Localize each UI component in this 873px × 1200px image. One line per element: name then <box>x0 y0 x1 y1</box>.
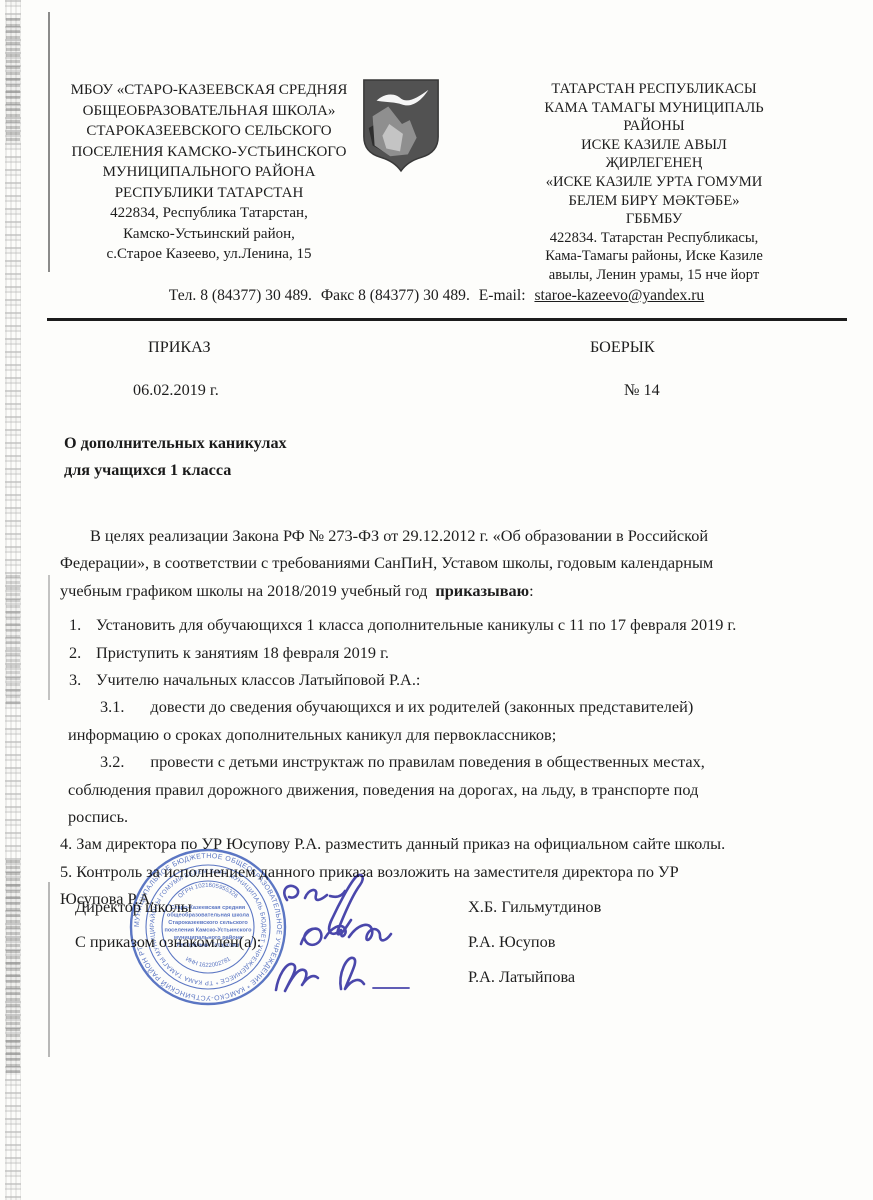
org-line: РАЙОНЫ <box>490 117 818 136</box>
org-line: ПОСЕЛЕНИЯ КАМСКО-УСТЬИНСКОГО <box>55 142 363 163</box>
scan-artifact-smudge <box>6 18 20 143</box>
header-divider <box>47 318 847 321</box>
svg-text:ИНН 1622002781: ИНН 1622002781 <box>184 956 232 969</box>
signature-ink-latypova <box>340 958 364 989</box>
org-line: РЕСПУБЛИКИ ТАТАРСТАН <box>55 183 363 204</box>
item-number: 1. <box>69 611 96 638</box>
subitem-number: 3.1. <box>100 697 124 716</box>
preamble-line: Федерации», в соответствии с требованиям… <box>60 549 812 576</box>
org-line: ИСКЕ КАЗИЛЕ АВЫЛ <box>490 136 818 155</box>
stamp-center-line: общеобразовательная школа <box>167 912 250 919</box>
subitem-number: 3.2. <box>100 752 124 771</box>
subitem-text: провести с детьми инструктаж по правилам… <box>150 752 704 771</box>
stamp-center-line: Республики Татарстан <box>177 942 239 949</box>
order-subitem-3-1: 3.1.довести до сведения обучающихся и их… <box>60 693 812 748</box>
stamp-ogrn: ОГРН 1021605955326 <box>177 883 239 900</box>
org-address-line: 422834, Республика Татарстан, <box>55 203 363 224</box>
email-label: E-mail: <box>479 287 526 304</box>
item-text: Приступить к занятиям 18 февраля 2019 г. <box>96 639 389 666</box>
subitem-text: информацию о сроках дополнительных каник… <box>60 721 812 748</box>
signer-name: Р.А. Юсупов <box>468 932 555 952</box>
signer-name: Х.Б. Гильмутдинов <box>468 897 601 917</box>
order-verb: приказываю <box>435 581 529 600</box>
phone-number: Тел. 8 (84377) 30 489. <box>169 287 312 304</box>
org-line: МУНИЦИПАЛЬНОГО РАЙОНА <box>55 162 363 183</box>
preamble-text: учебным графиком школы на 2018/2019 учеб… <box>60 581 427 600</box>
subject-line: для учащихся 1 класса <box>64 457 564 484</box>
email-address: staroe-kazeevo@yandex.ru <box>534 287 704 304</box>
org-address-line: авылы, Ленин урамы, 15 нче йорт <box>490 266 818 285</box>
coat-of-arms <box>357 77 445 175</box>
subitem-text: соблюдения правил дорожного движения, по… <box>60 776 812 803</box>
scan-artifact-smudge <box>6 575 20 705</box>
order-date: 06.02.2019 г. <box>133 381 219 400</box>
preamble-line: учебным графиком школы на 2018/2019 учеб… <box>60 577 812 604</box>
item-number: 2. <box>69 639 96 666</box>
org-line: БЕЛЕМ БИРҮ МӘКТӘБЕ» <box>490 192 818 211</box>
item-number: 3. <box>69 666 96 693</box>
org-line: СТАРОКАЗЕЕВСКОГО СЕЛЬСКОГО <box>55 121 363 142</box>
scanned-order-document: МБОУ «СТАРО-КАЗЕЕВСКАЯ СРЕДНЯЯ ОБЩЕОБРАЗ… <box>0 0 873 1200</box>
colon: : <box>529 581 534 600</box>
signer-name: Р.А. Латыйпова <box>468 967 575 987</box>
subitem-text: довести до сведения обучающихся и их род… <box>150 697 693 716</box>
item-text: Установить для обучающихся 1 класса допо… <box>96 611 736 638</box>
org-line: ОБЩЕОБРАЗОВАТЕЛЬНАЯ ШКОЛА» <box>55 101 363 122</box>
org-address-line: 422834. Татарстан Республикасы, <box>490 229 818 248</box>
scan-artifact-smudge <box>6 860 20 1075</box>
subitem-text: роспись. <box>60 803 812 830</box>
org-line: ТАТАРСТАН РЕСПУБЛИКАСЫ <box>490 80 818 99</box>
order-item-1: 1. Установить для обучающихся 1 класса д… <box>60 611 812 638</box>
stamp-center-line: Староказеевского сельского <box>168 920 248 926</box>
org-line: МБОУ «СТАРО-КАЗЕЕВСКАЯ СРЕДНЯЯ <box>55 80 363 101</box>
signature-ink-latypova <box>276 964 318 991</box>
org-line: «ИСКЕ КАЗИЛЕ УРТА ГОМУМИ <box>490 173 818 192</box>
scan-artifact-line <box>48 12 50 272</box>
handwritten-signatures <box>255 838 435 1008</box>
stamp-center-line: Старо-Казеевская средняя <box>171 905 245 911</box>
letterhead-tatar: ТАТАРСТАН РЕСПУБЛИКАСЫ КАМА ТАМАГЫ МУНИЦ… <box>490 80 818 285</box>
signature-ink-director <box>284 886 345 900</box>
org-address-line: с.Старое Казеево, ул.Ленина, 15 <box>55 244 363 265</box>
stamp-inn: ИНН 1622002781 <box>184 956 232 969</box>
subject-line: О дополнительных каникулах <box>64 430 564 457</box>
stamp-center-line: муниципального района <box>174 934 243 941</box>
order-item-2: 2. Приступить к занятиям 18 февраля 2019… <box>60 639 812 666</box>
item-text: Учителю начальных классов Латыйповой Р.А… <box>96 666 420 693</box>
letterhead-russian: МБОУ «СТАРО-КАЗЕЕВСКАЯ СРЕДНЯЯ ОБЩЕОБРАЗ… <box>55 80 363 265</box>
org-line: ГББМБУ <box>490 210 818 229</box>
org-line: КАМА ТАМАГЫ МУНИЦИПАЛЬ <box>490 99 818 118</box>
stamp-center-line: поселения Камско-Устьинского <box>164 928 252 934</box>
order-subject: О дополнительных каникулах для учащихся … <box>64 430 564 485</box>
order-item-3: 3. Учителю начальных классов Латыйповой … <box>60 666 812 693</box>
scan-artifact-line <box>48 882 50 1057</box>
svg-text:ОГРН 1021605955326: ОГРН 1021605955326 <box>177 883 239 900</box>
order-number: № 14 <box>624 381 660 400</box>
preamble: В целях реализации Закона РФ № 273-ФЗ от… <box>60 522 812 604</box>
signature-ink-director <box>329 875 363 934</box>
order-title-ru: ПРИКАЗ <box>148 338 211 357</box>
order-subitem-3-2: 3.2.провести с детьми инструктаж по прав… <box>60 748 812 830</box>
fax-number: Факс 8 (84377) 30 489. <box>321 287 470 304</box>
org-address-line: Кама-Тамагы районы, Иске Казиле <box>490 247 818 266</box>
scan-artifact-line <box>48 575 50 700</box>
org-address-line: Камско-Устьинский район, <box>55 224 363 245</box>
preamble-line: В целях реализации Закона РФ № 273-ФЗ от… <box>60 522 812 549</box>
contact-line: Тел. 8 (84377) 30 489. Факс 8 (84377) 30… <box>0 287 873 305</box>
org-line: ҖИРЛЕГЕНЕҢ <box>490 154 818 173</box>
order-title-tt: БОЕРЫК <box>590 338 655 357</box>
